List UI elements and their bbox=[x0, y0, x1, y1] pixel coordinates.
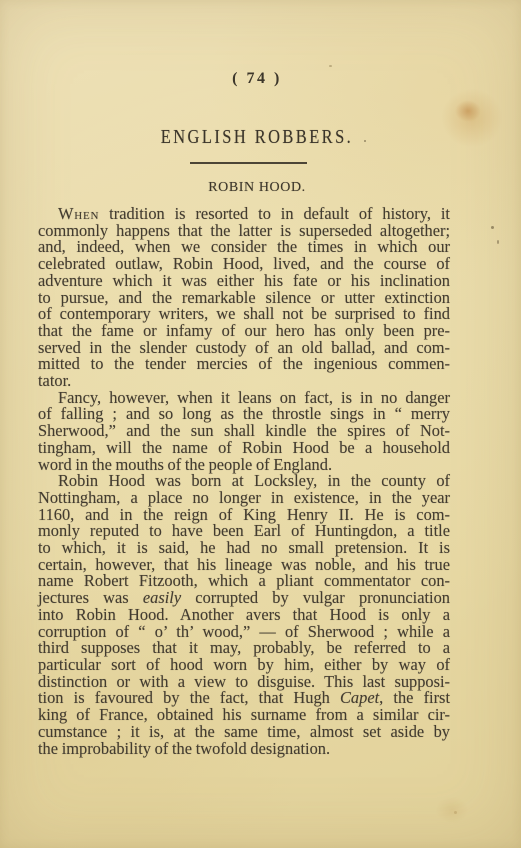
ink-speck bbox=[364, 140, 366, 142]
paragraph: Fancy, however, when it leans on fact, i… bbox=[38, 390, 450, 474]
body-text: When tradition is resorted to in default… bbox=[38, 206, 450, 757]
ink-speck bbox=[329, 65, 332, 67]
page-number: ( 74 ) bbox=[51, 70, 463, 88]
section-heading: ROBIN HOOD. bbox=[51, 180, 463, 196]
foxing-speck bbox=[454, 811, 457, 814]
title-divider bbox=[190, 162, 307, 164]
paragraph: When tradition is resorted to in default… bbox=[38, 206, 450, 390]
ink-speck bbox=[491, 226, 494, 229]
ink-speck bbox=[497, 240, 499, 244]
text-line: cumstance ; it is, at the same time, alm… bbox=[38, 724, 450, 741]
paragraph: Robin Hood was born at Locksley, in the … bbox=[38, 473, 450, 757]
scanned-book-page: ( 74 ) ENGLISH ROBBERS. ROBIN HOOD. When… bbox=[0, 0, 521, 848]
text-line: mitted to the tender mercies of the inge… bbox=[38, 356, 450, 373]
chapter-title: ENGLISH ROBBERS. bbox=[88, 126, 426, 149]
text-line: adventure which it was either his fate o… bbox=[38, 273, 450, 290]
text-line: the improbability of the twofold designa… bbox=[38, 741, 450, 758]
